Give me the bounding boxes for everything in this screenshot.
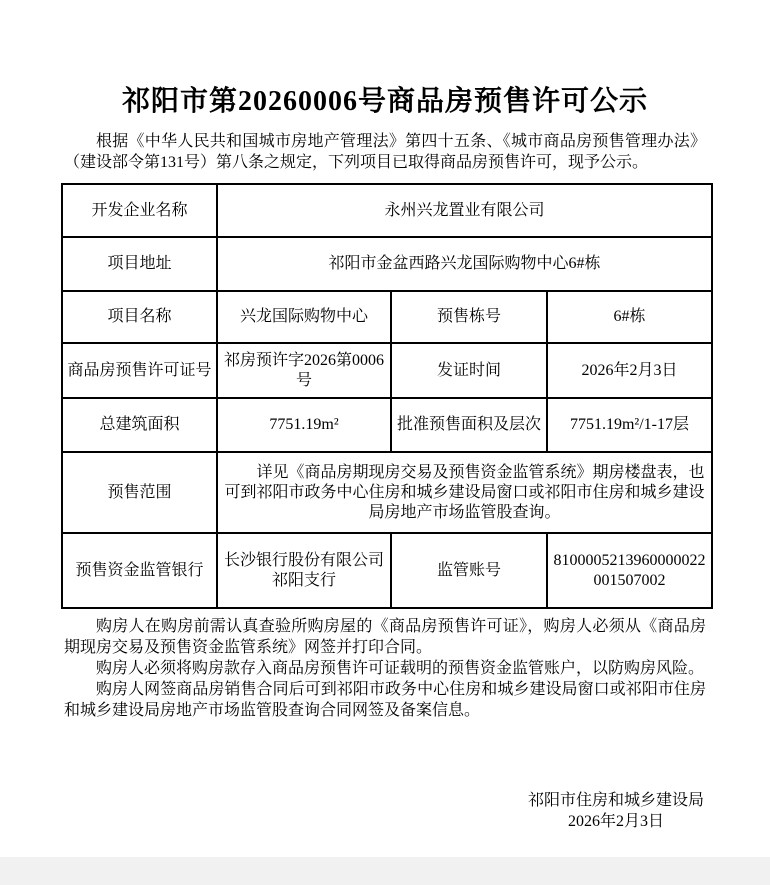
field-label: 发证时间 — [391, 343, 547, 398]
table-row: 预售资金监管银行 长沙银行股份有限公司祁阳支行 监管账号 81000052139… — [62, 533, 712, 608]
table-row: 开发企业名称 永州兴龙置业有限公司 — [62, 184, 712, 237]
field-label: 项目地址 — [62, 237, 217, 291]
field-label: 开发企业名称 — [62, 184, 217, 237]
table-row: 总建筑面积 7751.19m² 批准预售面积及层次 7751.19m²/1-17… — [62, 398, 712, 452]
field-value: 永州兴龙置业有限公司 — [217, 184, 712, 237]
field-value: 兴龙国际购物中心 — [217, 291, 391, 343]
field-value: 8100005213960000022001507002 — [547, 533, 712, 608]
signature-issuer: 祁阳市住房和城乡建设局 — [528, 790, 704, 811]
page-title: 祁阳市第20260006号商品房预售许可公示 — [64, 0, 706, 118]
field-value: 2026年2月3日 — [547, 343, 712, 398]
table-row: 商品房预售许可证号 祁房预许字2026第0006号 发证时间 2026年2月3日 — [62, 343, 712, 398]
field-label: 商品房预售许可证号 — [62, 343, 217, 398]
note-paragraph: 购房人必须将购房款存入商品房预售许可证载明的预售资金监管账户，以防购房风险。 — [64, 658, 706, 679]
document-body: 祁阳市第20260006号商品房预售许可公示 根据《中华人民共和国城市房地产管理… — [0, 0, 770, 721]
announcement-page: 祁阳市第20260006号商品房预售许可公示 根据《中华人民共和国城市房地产管理… — [0, 0, 770, 885]
table-row: 项目地址 祁阳市金盆西路兴龙国际购物中心6#栋 — [62, 237, 712, 291]
signature-block: 祁阳市住房和城乡建设局 2026年2月3日 — [528, 790, 704, 832]
field-value: 7751.19m² — [217, 398, 391, 452]
table-row: 预售范围 详见《商品房期现房交易及预售资金监管系统》期房楼盘表，也可到祁阳市政务… — [62, 452, 712, 533]
field-value: 长沙银行股份有限公司祁阳支行 — [217, 533, 391, 608]
notes-section: 购房人在购房前需认真查验所购房屋的《商品房预售许可证》，购房人必须从《商品房期现… — [64, 616, 706, 721]
note-paragraph: 购房人网签商品房销售合同后可到祁阳市政务中心住房和城乡建设局窗口或祁阳市住房和城… — [64, 679, 706, 721]
signature-date: 2026年2月3日 — [528, 811, 704, 832]
field-value: 详见《商品房期现房交易及预售资金监管系统》期房楼盘表，也可到祁阳市政务中心住房和… — [217, 452, 712, 533]
field-value: 祁房预许字2026第0006号 — [217, 343, 391, 398]
field-label: 预售栋号 — [391, 291, 547, 343]
field-label: 批准预售面积及层次 — [391, 398, 547, 452]
intro-paragraph: 根据《中华人民共和国城市房地产管理法》第四十五条、《城市商品房预售管理办法》（建… — [64, 131, 706, 173]
field-value: 6#栋 — [547, 291, 712, 343]
field-value: 祁阳市金盆西路兴龙国际购物中心6#栋 — [217, 237, 712, 291]
permit-table: 开发企业名称 永州兴龙置业有限公司 项目地址 祁阳市金盆西路兴龙国际购物中心6#… — [61, 183, 713, 609]
field-label: 项目名称 — [62, 291, 217, 343]
field-value: 7751.19m²/1-17层 — [547, 398, 712, 452]
table-row: 项目名称 兴龙国际购物中心 预售栋号 6#栋 — [62, 291, 712, 343]
field-label: 预售范围 — [62, 452, 217, 533]
page-end-gutter — [0, 857, 770, 885]
field-label: 总建筑面积 — [62, 398, 217, 452]
field-label: 监管账号 — [391, 533, 547, 608]
note-paragraph: 购房人在购房前需认真查验所购房屋的《商品房预售许可证》，购房人必须从《商品房期现… — [64, 616, 706, 658]
field-label: 预售资金监管银行 — [62, 533, 217, 608]
